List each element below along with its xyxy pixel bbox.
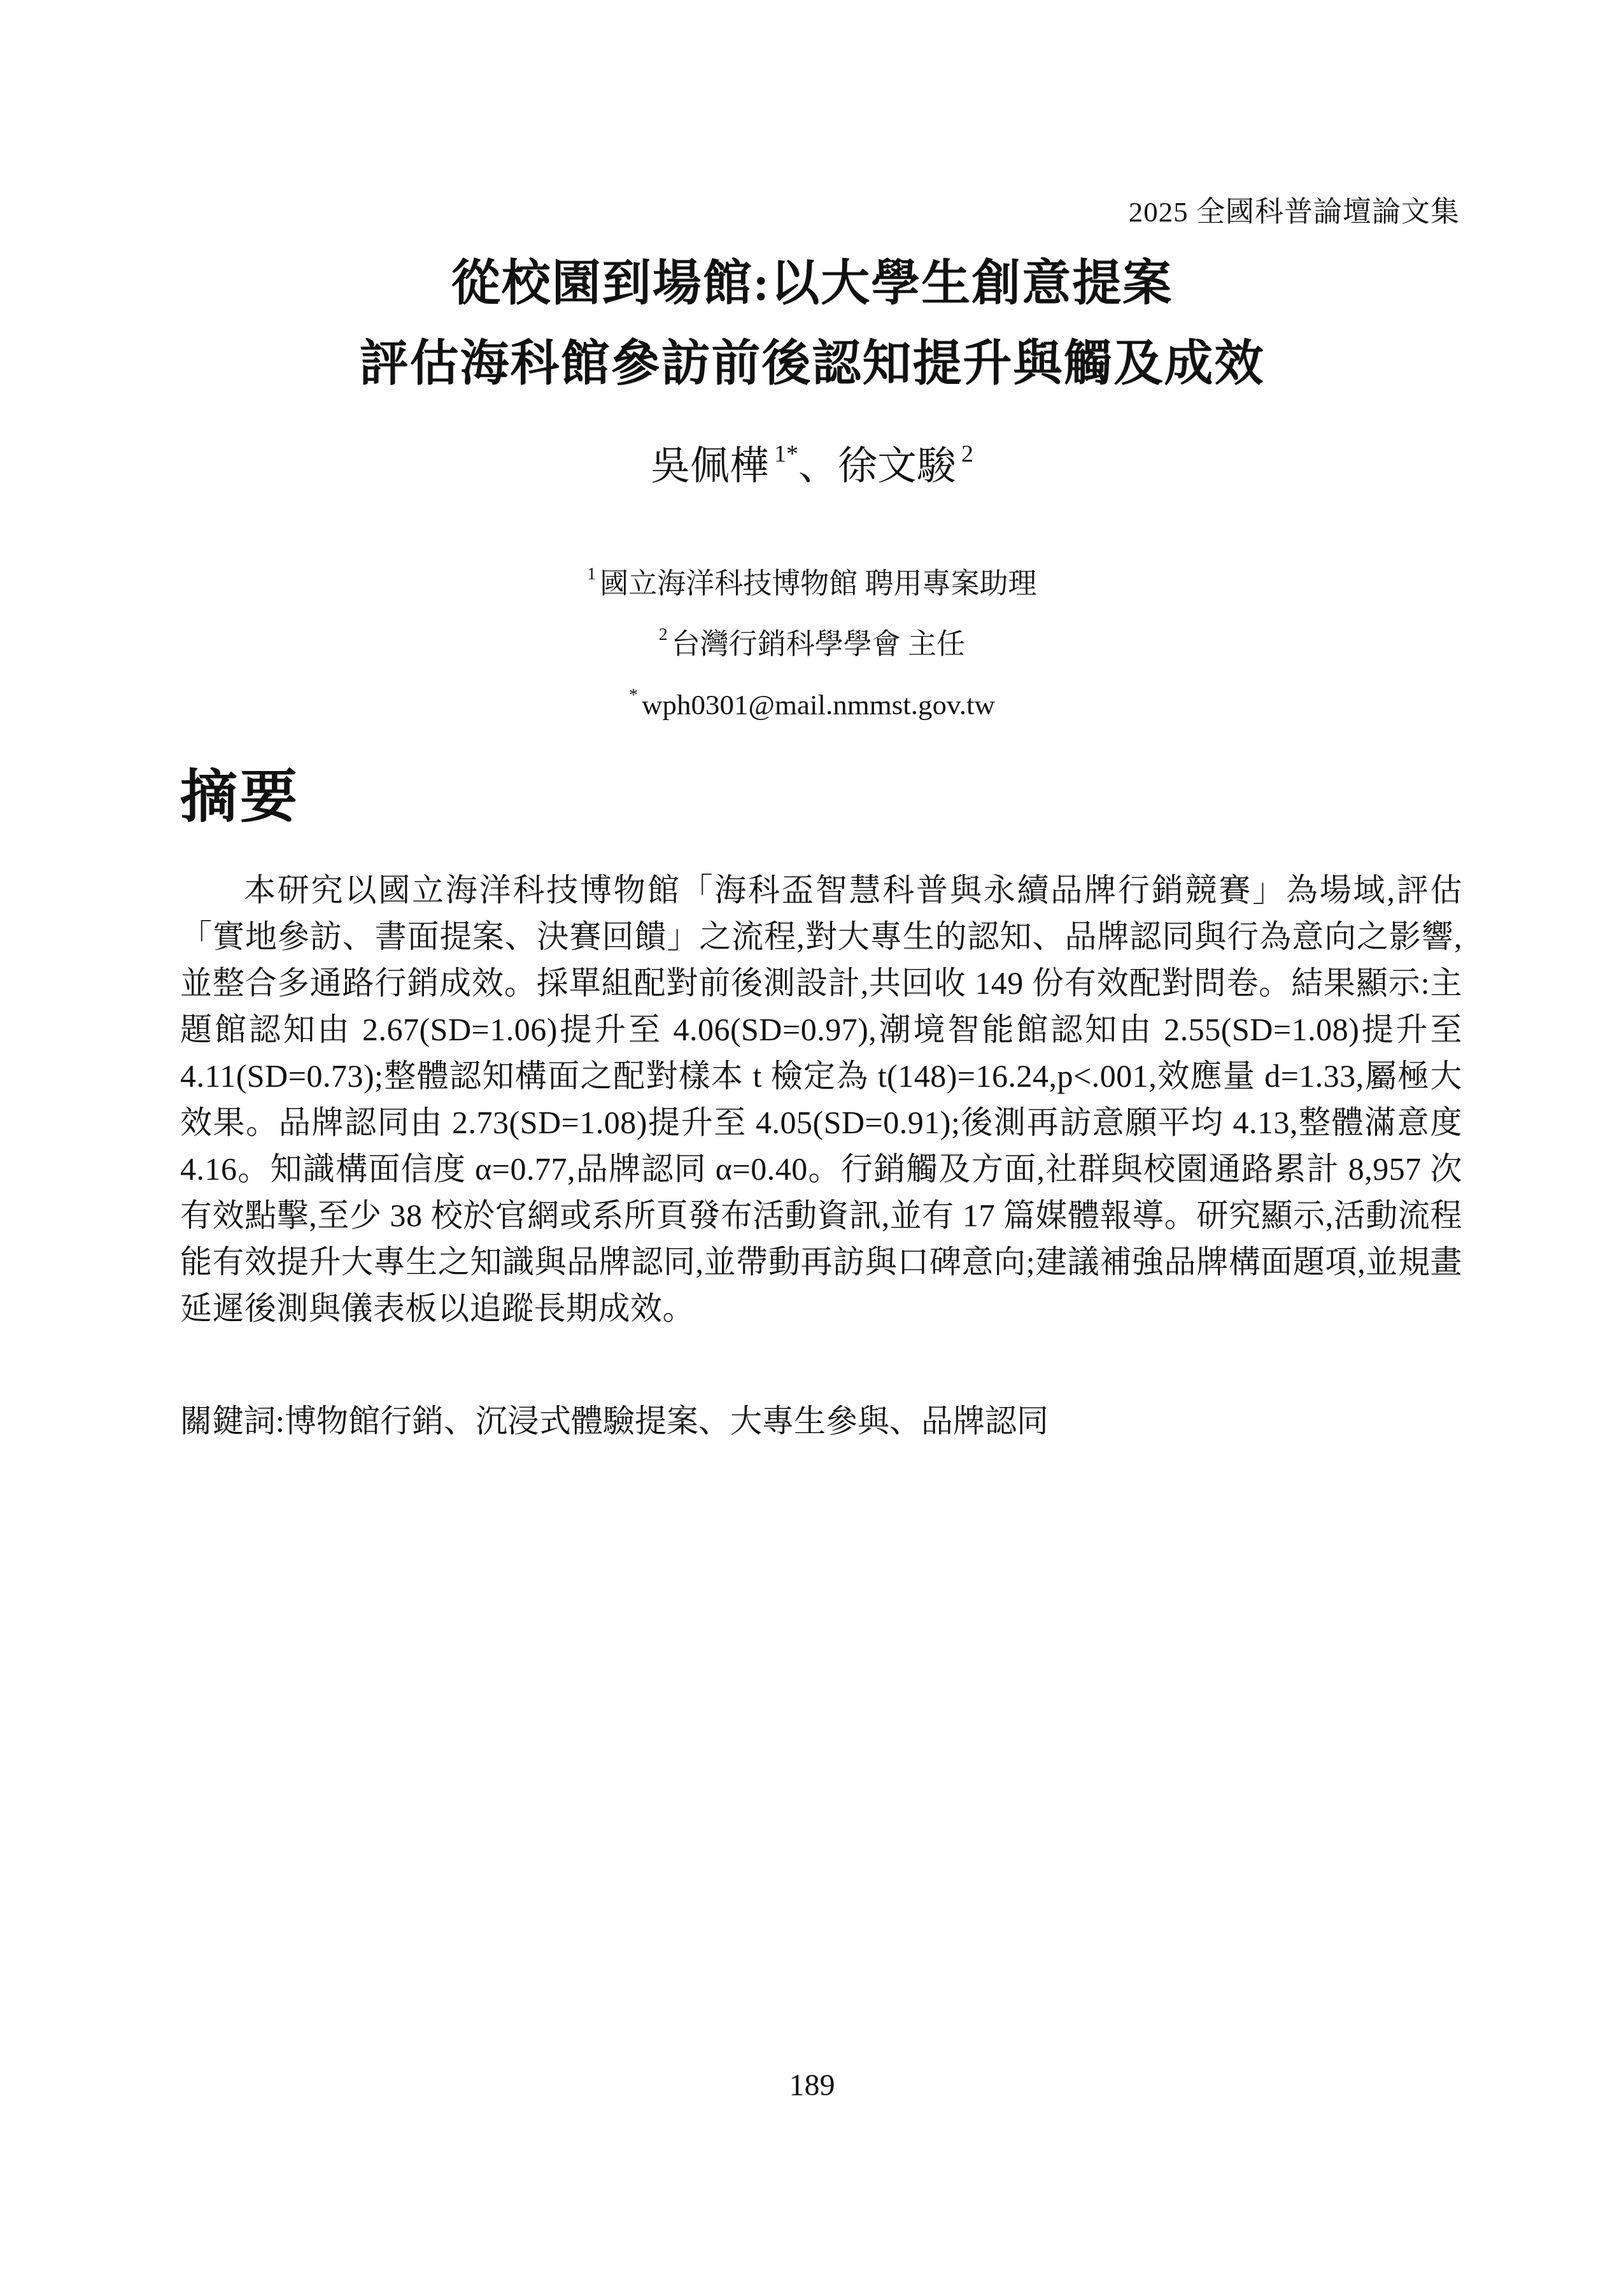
page-number: 189 [0,2068,1624,2103]
affiliation-1-superscript: 1 [587,564,596,584]
author-1-superscript: 1* [774,441,798,467]
author-2-name: 徐文駿 [838,445,956,488]
paper-title-line1: 從校園到場館:以大學生創意提案 [0,243,1624,323]
corresponding-email: *wph0301@mail.nmmst.gov.tw [0,670,1624,730]
authors-line: 吳佩樺1*、徐文駿2 [0,434,1624,491]
proceedings-header: 2025 全國科普論壇論文集 [1129,188,1460,230]
affiliation-1: 1國立海洋科技博物館 聘用專案助理 [0,549,1624,609]
affiliations-block: 1國立海洋科技博物館 聘用專案助理 2台灣行銷科學學會 主任 *wph0301@… [0,549,1624,730]
author-separator: 、 [798,445,838,488]
affiliation-1-text: 國立海洋科技博物館 聘用專案助理 [600,568,1036,600]
keywords-line: 關鍵詞:博物館行銷、沉浸式體驗提案、大專生參與、品牌認同 [180,1398,1462,1445]
author-1-name: 吳佩樺 [651,445,769,488]
affiliation-2: 2台灣行銷科學學會 主任 [0,609,1624,670]
abstract-body: 本研究以國立海洋科技博物館「海科盃智慧科普與永續品牌行銷競賽」為場域,評估「實地… [180,867,1462,1332]
paper-title-line2: 評估海科館參訪前後認知提升與觸及成效 [0,323,1624,404]
author-2-superscript: 2 [961,441,973,467]
email-superscript: * [629,685,638,705]
document-page: 2025 全國科普論壇論文集 從校園到場館:以大學生創意提案 評估海科館參訪前後… [0,0,1624,2278]
keywords-text: 博物館行銷、沉浸式體驗提案、大專生參與、品牌認同 [285,1403,1049,1439]
email-address: wph0301@mail.nmmst.gov.tw [642,689,995,721]
affiliation-2-superscript: 2 [659,625,668,644]
affiliation-2-text: 台灣行銷科學學會 主任 [672,628,965,660]
abstract-heading: 摘要 [180,750,300,833]
keywords-label: 關鍵詞: [180,1403,285,1439]
paper-title: 從校園到場館:以大學生創意提案 評估海科館參訪前後認知提升與觸及成效 [0,243,1624,404]
